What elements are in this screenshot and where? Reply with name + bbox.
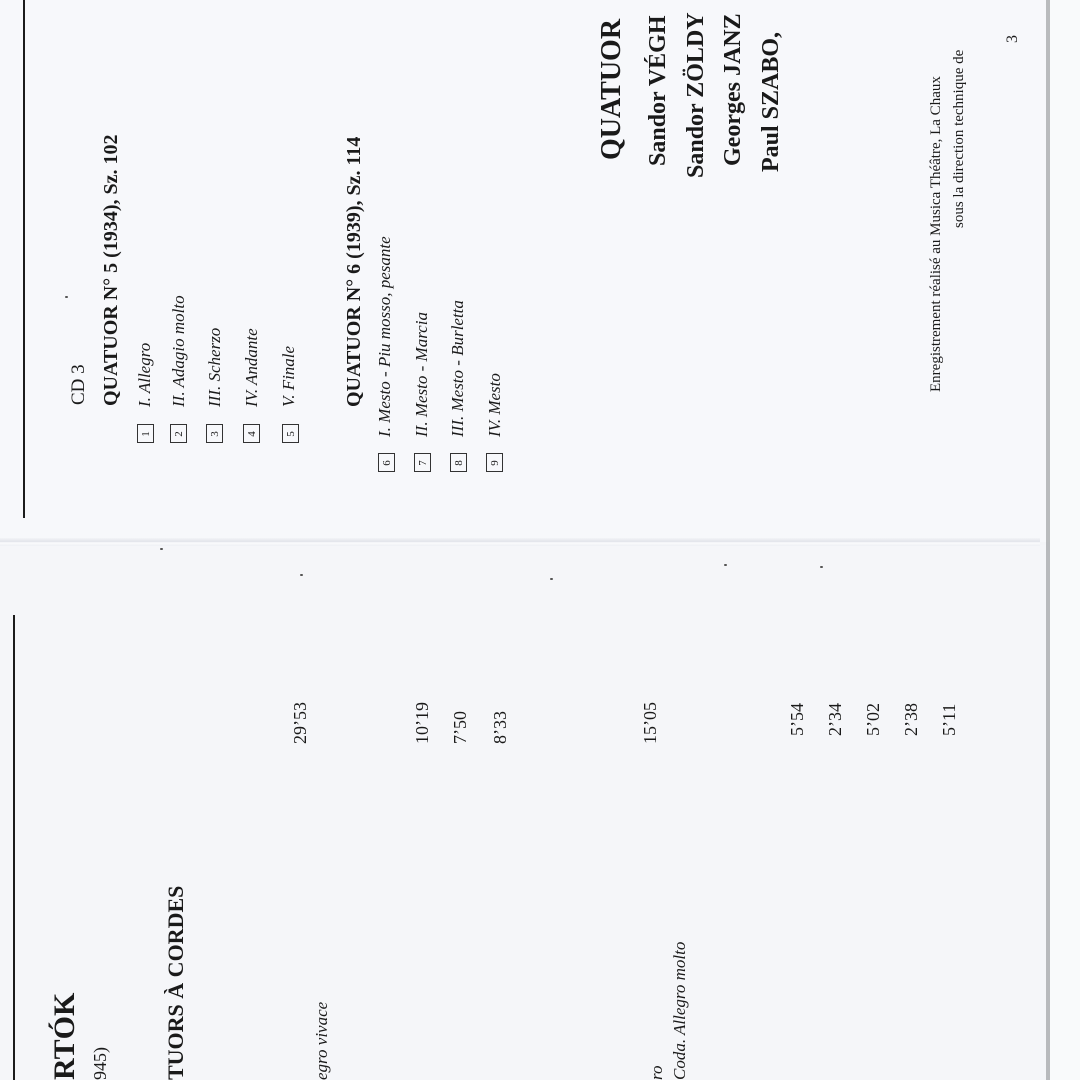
movement-title: II. Adagio molto [169, 295, 189, 407]
scan-speck [160, 548, 163, 550]
track-number-box: 9 [486, 453, 503, 472]
composer-name: RTÓK [48, 993, 82, 1080]
ensemble-name: QUATUOR [596, 19, 628, 160]
ensemble-member: Sandor VÉGH [645, 15, 672, 166]
track-number-box: 2 [170, 424, 187, 443]
scan-speck [550, 578, 553, 580]
scan-speck [300, 574, 303, 576]
collection-title: TUORS À CORDES [163, 886, 189, 1080]
recording-credit-line: Enregistrement réalisé au Musica Théâtre… [928, 76, 945, 392]
quartet6-title: QUATUOR N° 6 (1939), Sz. 114 [343, 137, 366, 407]
track-number-box: 1 [137, 424, 154, 443]
scan-speck [820, 566, 823, 568]
track-duration: 5’11 [939, 704, 960, 736]
track-duration: 5’02 [863, 703, 884, 736]
movement-title: I. Mesto - Piu mosso, pesante [375, 236, 395, 437]
track-duration: 8’33 [490, 711, 511, 744]
composer-dates: 945) [90, 1047, 111, 1080]
scan-speck [65, 296, 68, 298]
movement-title: III. Mesto - Burletta [448, 300, 468, 437]
movement-title: Coda. Allegro molto [670, 942, 690, 1080]
page-fold [0, 538, 1040, 546]
ensemble-member: Sandor ZÖLDY [683, 12, 710, 178]
movement-title: ro [647, 1066, 667, 1080]
movement-title: IV. Andante [242, 328, 262, 407]
cd-label: CD 3 [68, 364, 90, 405]
header-rule-left [13, 615, 15, 1080]
duration-total: 15’05 [640, 702, 661, 744]
track-number-box: 5 [282, 424, 299, 443]
track-duration: 5’54 [787, 703, 808, 736]
scan-speck [724, 564, 727, 566]
track-number-box: 8 [450, 453, 467, 472]
track-number-box: 7 [414, 453, 431, 472]
scanner-margin [1050, 0, 1080, 1080]
movement-title: III. Scherzo [205, 328, 225, 407]
quartet5-title: QUATUOR N° 5 (1934), Sz. 102 [100, 134, 123, 406]
track-number-box: 4 [243, 424, 260, 443]
movement-title: II. Mesto - Marcia [412, 312, 432, 437]
track-number-box: 6 [378, 453, 395, 472]
booklet-page-right [0, 0, 1080, 542]
track-duration: 2’38 [901, 703, 922, 736]
track-number-box: 3 [206, 424, 223, 443]
movement-title: egro vivace [312, 1002, 332, 1080]
page-number: 3 [1004, 35, 1022, 43]
ensemble-member: Georges JANZ [720, 13, 747, 166]
booklet-page-left [0, 545, 1080, 1080]
movement-title: IV. Mesto [485, 373, 505, 437]
header-rule-right [23, 0, 25, 518]
movement-title: V. Finale [279, 346, 299, 407]
duration-total: 29’53 [290, 702, 311, 744]
ensemble-member: Paul SZABO, [758, 32, 785, 172]
track-duration: 10’19 [412, 702, 433, 744]
track-duration: 2’34 [825, 703, 846, 736]
movement-title: I. Allegro [135, 343, 155, 407]
recording-credit-line: sous la direction technique de [951, 50, 968, 228]
track-duration: 7’50 [450, 711, 471, 744]
